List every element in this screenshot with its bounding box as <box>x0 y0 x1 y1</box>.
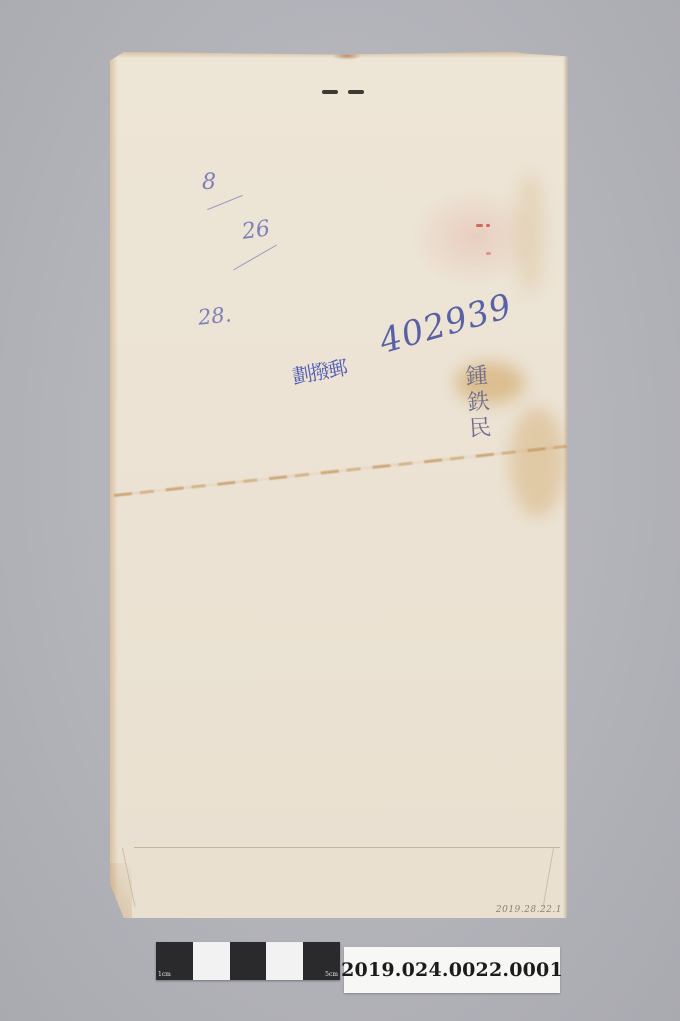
diagonal-fold-crease <box>114 445 568 497</box>
red-ink-dot <box>486 224 490 227</box>
handwritten-postal-transfer-label: 劃撥郵 <box>291 357 348 386</box>
scale-bar: 1cm 5cm <box>156 942 340 980</box>
envelope-bottom-flap <box>134 847 560 914</box>
scale-segment <box>230 942 267 980</box>
pencil-number-8: 8 <box>202 172 216 194</box>
pencil-stroke <box>207 195 243 210</box>
scale-label-1cm: 1cm <box>158 971 171 978</box>
accession-number: 2019.024.0022.0001 <box>341 959 563 981</box>
pencil-number-26: 26 <box>241 218 272 244</box>
handwritten-account-number: 402939 <box>376 289 516 359</box>
pencil-number-28: 28. <box>197 304 232 328</box>
pencil-stroke <box>233 245 277 271</box>
envelope-back: 8 26 28. 劃撥郵 402939 鍾鉄民 2019.28.22.1 <box>110 52 568 918</box>
scale-label-5cm: 5cm <box>325 971 338 978</box>
envelope-left-edge-discoloration <box>110 52 118 918</box>
scale-segment: 1cm <box>156 942 193 980</box>
accession-number-card: 2019.024.0022.0001 <box>344 947 560 993</box>
scale-segment <box>266 942 303 980</box>
scale-segment: 5cm <box>303 942 340 980</box>
handwritten-name: 鍾鉄民 <box>462 363 489 442</box>
red-ink-dot <box>486 252 491 255</box>
scale-segment <box>193 942 230 980</box>
staple-hole-right <box>348 90 364 94</box>
pencil-catalog-mark: 2019.28.22.1 <box>496 905 562 915</box>
staple-hole-left <box>322 90 338 94</box>
red-ink-dot <box>476 224 483 227</box>
water-stain <box>510 407 565 517</box>
water-stain <box>515 172 545 292</box>
